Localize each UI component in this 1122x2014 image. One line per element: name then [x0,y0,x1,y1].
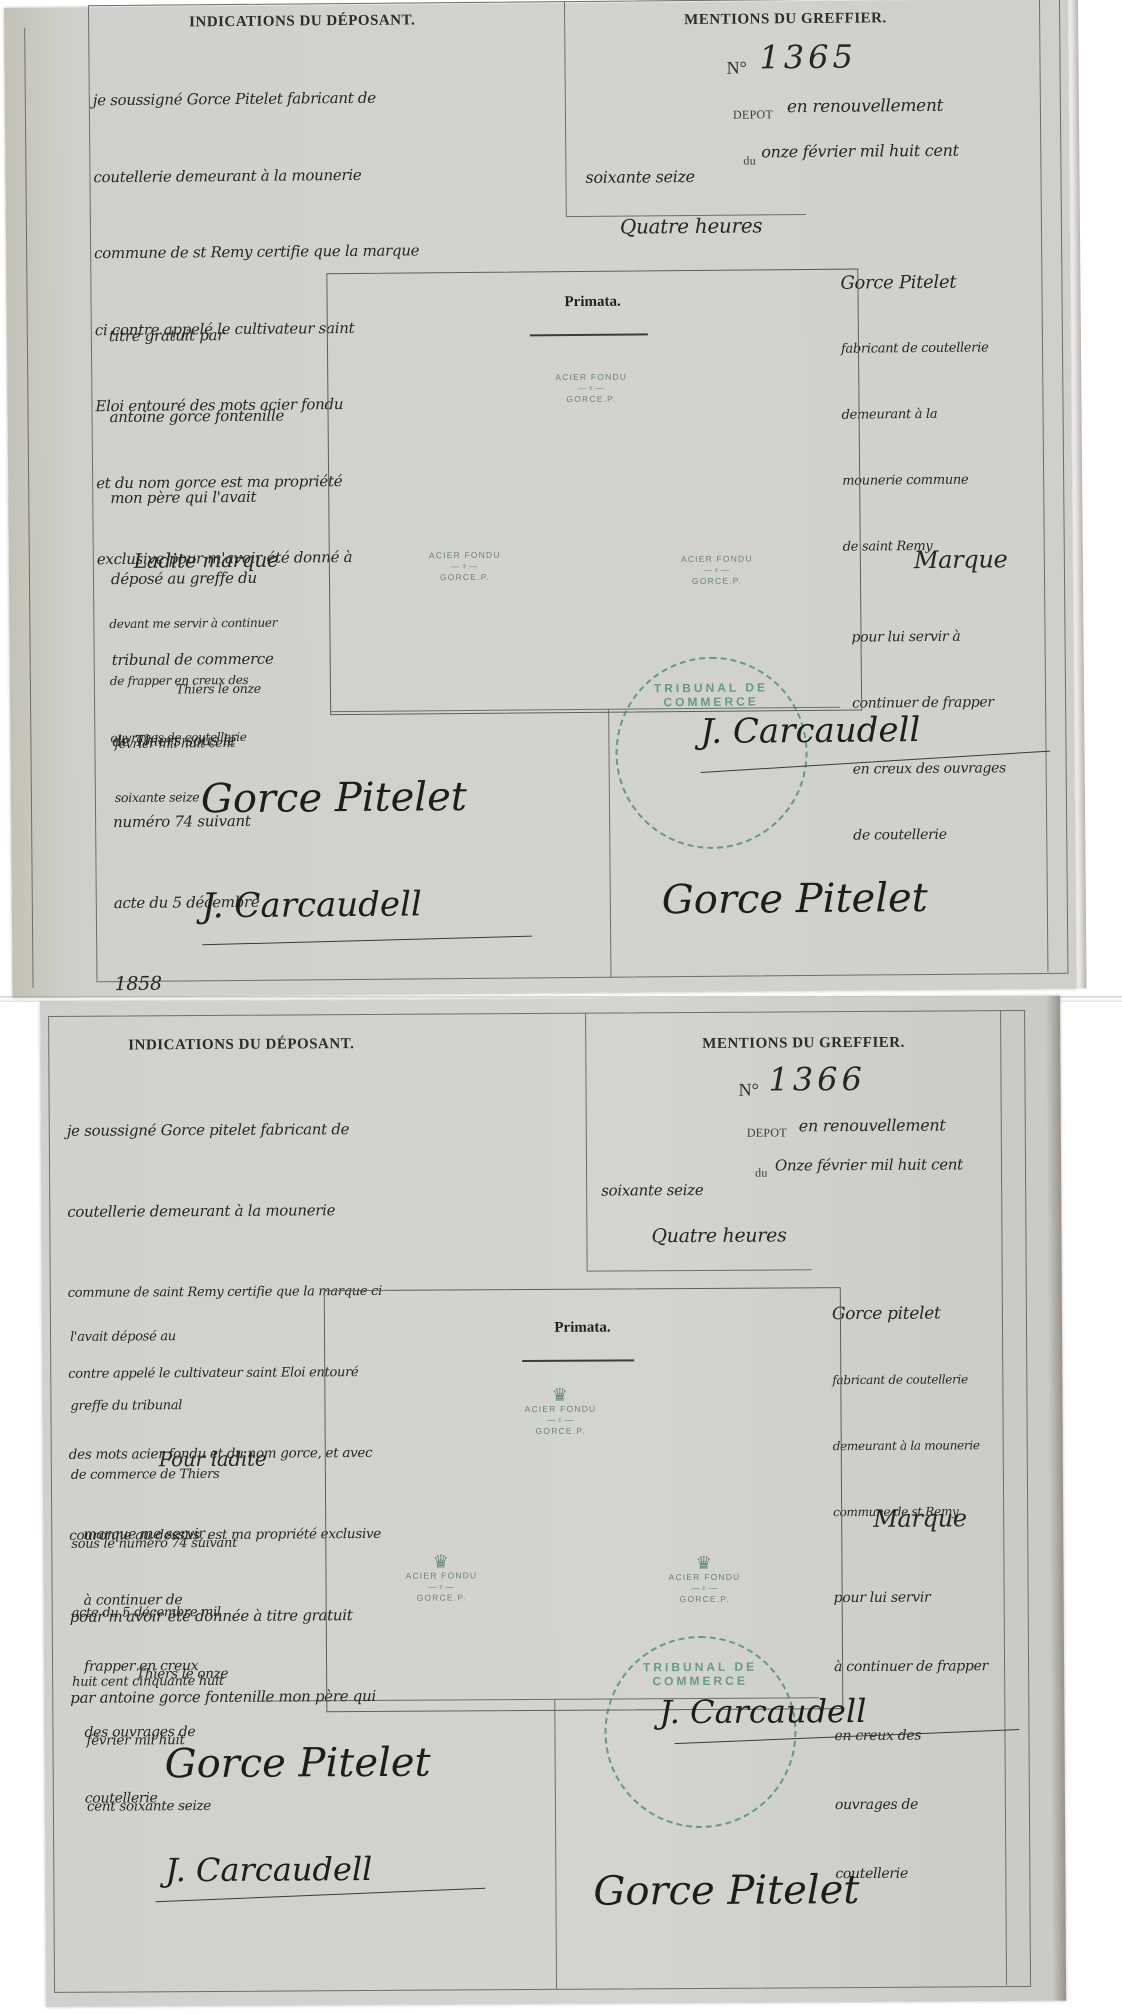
mark-text: ACIER FONDU [555,372,627,383]
mark-emblem: —♆— [578,383,605,393]
text-line: cent soixante seize [87,1795,229,1818]
deposit-number: 1365 [759,45,857,71]
mark-text: GORCE.P. [440,572,490,582]
mark-text: GORCE.P. [692,576,742,586]
text-line: commune de st Remy certifie que la marqu… [94,238,419,266]
mark-text: ACIER FONDU [429,550,501,561]
trademark-impression: ACIER FONDU —♆— GORCE.P. [546,371,636,424]
purpose-heading: Ladite marque [134,548,279,575]
text-line: coutellerie demeurant à la mounerie [67,1197,381,1226]
deposit-number: 1366 [768,1067,866,1093]
trademark-impression: ♛ ACIER FONDU —♆— GORCE.P. [659,1554,749,1625]
purpose-heading: Pour ladite [159,1447,267,1473]
seal-text: TRIBUNAL DE COMMERCE [617,680,805,710]
text-line: fabricant de coutellerie [832,1368,979,1391]
date-prefix: du [755,1166,768,1181]
mark-text: GORCE.P. [417,1592,467,1602]
signature-depositor: Gorce Pitelet [201,774,467,822]
mark-text: ACIER FONDU [525,1404,597,1414]
register-page-bottom: Indications du Déposant. Mentions du Gre… [40,996,1066,2007]
mark-text: ACIER FONDU [681,553,753,564]
deposit-number-label: N° [738,1080,758,1101]
margin-rule [24,28,33,988]
register-page-top: Indications du Déposant. Mentions du Gre… [4,0,1077,998]
text-line: coutellerie demeurant à la mounerie [93,162,418,190]
mark-text: GORCE.P. [566,394,616,404]
deposit-number-label: N° [726,58,746,79]
mark-text: GORCE.P. [680,1594,730,1604]
page-edge-shadow [1046,996,1066,2001]
text-line: devant me servir à continuer [109,614,277,634]
specimen-box: Primata. ♛ ACIER FONDU —♆— GORCE.P. ♛ AC… [324,1287,844,1712]
trademark-impression: ♛ ACIER FONDU —♆— GORCE.P. [396,1552,486,1623]
section-header-depositor: Indications du Déposant. [189,12,415,31]
trademark-impression: ACIER FONDU —♆— GORCE.P. [420,550,510,603]
mark-emblem: —♆— [547,1415,574,1425]
mark-emblem: —♆— [691,1583,718,1593]
text-line: titre gratuit par [109,322,284,351]
text-line: je soussigné Gorce pitelet fabricant de [67,1116,381,1145]
text-line: Gorce Pitelet [840,271,988,294]
text-line: 1858 [114,970,289,999]
specimen-box: Primata. ACIER FONDU —♆— GORCE.P. ACIER … [326,269,862,716]
text-line: greffe du tribunal [70,1394,236,1418]
text-line: demeurant à la [841,403,989,426]
signature-registrar: J. Carcaudell [165,1850,372,1889]
mark-emblem: —♆— [428,1581,455,1591]
text-line: mon père qui l'avait [110,484,285,513]
mark-heading: Marque [914,547,1008,573]
page-edge-shadow [1068,0,1087,989]
deposit-time: Quatre heures [651,1223,786,1249]
section-header-depositor: Indications du Déposant. [128,1036,354,1054]
section-header-registrar: Mentions du Greffier. [702,1035,905,1053]
title-underline [522,1359,634,1362]
text-line: pour lui servir à [851,625,1005,648]
seal-text: TRIBUNAL DE COMMERCE [606,1659,794,1688]
deposit-date-cont: soixante seize [601,1178,703,1204]
text-line: Thiers le onze [114,680,261,699]
crown-icon: ♛ [396,1552,486,1571]
text-line: je soussigné Gorce Pitelet fabricant de [93,85,418,113]
mark-heading: Marque [873,1506,967,1532]
tribunal-seal-icon: TRIBUNAL DE COMMERCE [615,656,809,850]
text-line: l'avait déposé au [70,1325,236,1349]
deposit-date: onze février mil huit cent [761,138,959,165]
text-line: mounerie commune [842,469,990,492]
depot-value: en renouvellement [799,1112,946,1138]
specimen-title: Primata. [325,1318,840,1338]
text-line: de coutellerie [853,823,1007,846]
signature-depositor: Gorce Pitelet [662,875,928,923]
depot-value: en renouvellement [787,94,943,121]
text-line: à continuer de frapper [834,1655,988,1679]
mark-emblem: —♆— [703,565,730,575]
text-line: ouvrages de [835,1793,989,1817]
specimen-title: Primata. [328,292,858,314]
text-line: Thiers le onze [86,1663,228,1686]
mark-emblem: —♆— [451,561,478,571]
deposit-date-cont: soixante seize [585,164,695,190]
trademark-impression: ♛ ACIER FONDU —♆— GORCE.P. [515,1386,605,1457]
text-line: à continuer de [84,1589,206,1612]
date-prefix: du [743,153,756,168]
signature-depositor: Gorce Pitelet [165,1740,431,1788]
mark-text: GORCE.P. [536,1426,586,1436]
crown-icon: ♛ [515,1386,605,1405]
text-line: fabricant de coutellerie [841,337,989,360]
text-line: demeurant à la mounerie [833,1434,980,1457]
mark-text: ACIER FONDU [406,1570,478,1580]
section-header-registrar: Mentions du Greffier. [684,10,887,29]
depot-label: DEPOT [747,1125,787,1140]
crown-icon: ♛ [659,1554,749,1573]
text-line: marque me servir [83,1523,205,1546]
signature-depositor: Gorce Pitelet [593,1867,859,1915]
text-line: antoine gorce fontenille [109,403,284,432]
tribunal-seal-icon: TRIBUNAL DE COMMERCE [604,1635,797,1828]
text-line: Gorce pitelet [832,1302,979,1325]
mark-text: ACIER FONDU [669,1572,741,1582]
text-line: février mil huit cent [114,734,261,753]
trademark-impression: ACIER FONDU —♆— GORCE.P. [672,553,762,606]
text-line: pour lui servir [834,1586,988,1610]
signature-registrar: J. Carcaudell [202,884,422,926]
title-underline [530,333,648,336]
deposit-date: Onze février mil huit cent [775,1152,963,1179]
signature-registrar: J. Carcaudell [659,1692,866,1731]
deposit-time: Quatre heures [620,213,763,240]
depot-label: DEPOT [733,107,773,122]
signature-registrar: J. Carcaudell [700,710,920,752]
